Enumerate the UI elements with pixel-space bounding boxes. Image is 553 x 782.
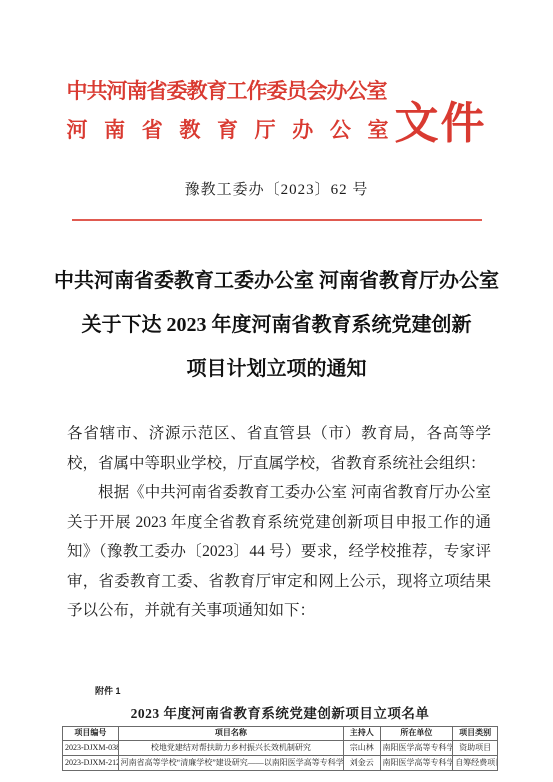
- cell-project-code: 2023-DJXM-212: [63, 755, 119, 770]
- red-divider-line: [72, 219, 482, 221]
- attachment-label: 附件 1: [95, 684, 498, 697]
- document-title: 中共河南省委教育工委办公室 河南省教育厅办公室 关于下达 2023 年度河南省教…: [0, 259, 553, 391]
- org-name-line1: 中共河南省委教育工作委员会办公室: [67, 72, 389, 111]
- org-name-line2: 河南省教育厅办公室: [67, 111, 389, 150]
- issuing-org-names: 中共河南省委教育工作委员会办公室 河南省教育厅办公室: [67, 72, 389, 150]
- attachment-table-title: 2023 年度河南省教育系统党建创新项目立项名单: [62, 702, 498, 722]
- cell-institution: 南阳医学高等专科学校: [380, 755, 453, 770]
- title-line-1: 中共河南省委教育工委办公室 河南省教育厅办公室: [0, 259, 553, 303]
- salutation-paragraph: 各省辖市、济源示范区、省直管县（市）教育局，各高等学校，省属中等职业学校，厅直属…: [67, 419, 491, 478]
- cell-category: 自筹经费项目: [453, 755, 498, 770]
- cell-institution: 南阳医学高等专科学校: [380, 740, 453, 755]
- document-page: 中共河南省委教育工作委员会办公室 河南省教育厅办公室 文件 豫教工委办〔2023…: [0, 0, 553, 782]
- col-header-category: 项目类别: [453, 726, 498, 740]
- document-body: 各省辖市、济源示范区、省直管县（市）教育局，各高等学校，省属中等职业学校，厅直属…: [67, 419, 491, 626]
- cell-project-name: 校地党建结对帮扶助力乡村振兴长效机制研究: [118, 740, 343, 755]
- attachment-section: 附件 1 2023 年度河南省教育系统党建创新项目立项名单 项目编号 项目名称 …: [62, 684, 498, 771]
- document-type-label: 文件: [395, 102, 487, 146]
- cell-project-name: 河南省高等学校“清廉学校”建设研究——以南阳医学高等专科学校为例: [118, 755, 343, 770]
- table-row: 2023-DJXM-212 河南省高等学校“清廉学校”建设研究——以南阳医学高等…: [63, 755, 498, 770]
- project-approval-table: 项目编号 项目名称 主持人 所在单位 项目类别 2023-DJXM-038 校地…: [62, 726, 498, 771]
- cell-category: 资助项目: [453, 740, 498, 755]
- table-header-row: 项目编号 项目名称 主持人 所在单位 项目类别: [63, 726, 498, 740]
- col-header-leader: 主持人: [344, 726, 381, 740]
- col-header-project-name: 项目名称: [118, 726, 343, 740]
- body-paragraph-1: 根据《中共河南省委教育工委办公室 河南省教育厅办公室关于开展 2023 年度全省…: [67, 478, 491, 626]
- title-line-3: 项目计划立项的通知: [0, 347, 553, 391]
- letterhead: 中共河南省委教育工作委员会办公室 河南省教育厅办公室 文件: [0, 0, 553, 150]
- col-header-project-code: 项目编号: [63, 726, 119, 740]
- cell-leader: 宗山林: [344, 740, 381, 755]
- table-row: 2023-DJXM-038 校地党建结对帮扶助力乡村振兴长效机制研究 宗山林 南…: [63, 740, 498, 755]
- title-line-2: 关于下达 2023 年度河南省教育系统党建创新: [0, 303, 553, 347]
- document-number: 豫教工委办〔2023〕62 号: [0, 178, 553, 199]
- cell-project-code: 2023-DJXM-038: [63, 740, 119, 755]
- cell-leader: 刘金云: [344, 755, 381, 770]
- col-header-institution: 所在单位: [380, 726, 453, 740]
